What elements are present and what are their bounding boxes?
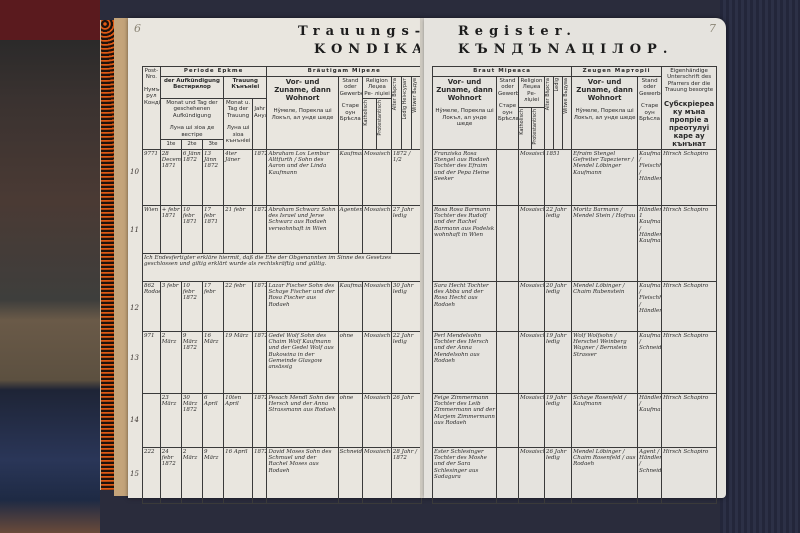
cell-bride-age: 22 Jahr ledig <box>545 205 572 281</box>
cell-priest-signature: Hirsch Schapiro <box>662 281 717 331</box>
cell-groom: David Moses Sohn des Schmuel und der Rac… <box>267 447 338 503</box>
margin-row-number: 14 <box>130 416 139 424</box>
title-left-line2: KONDIKA <box>314 42 428 57</box>
cell-bride-religion: Mosaisch <box>519 447 545 503</box>
cell-groom-age: 27 Jahr ledig <box>391 205 421 253</box>
cell-groom-status: ohne <box>338 393 362 447</box>
cell-announce-2: 30 März 1872 <box>181 393 202 447</box>
cell-groom-religion: Mosaisch <box>363 447 392 503</box>
cell-priest-signature: Hirsch Schapiro <box>662 149 717 205</box>
cell-wedding-date: 10ten April <box>224 393 253 447</box>
header-priest-signature: Eigenhändige Unterschrift des Pfarrers d… <box>662 67 717 150</box>
cell-groom-religion: Mosaisch <box>363 331 392 393</box>
cell-bride-status <box>497 281 519 331</box>
cell-groom-age: 30 Jahr ledig <box>391 281 421 331</box>
background-photo-left <box>0 0 100 533</box>
table-row: Perl Mendelsohn Tochter des Hersch und d… <box>433 331 717 393</box>
header-announcement-desc: Monat und Tag der geschehenen Aufkündigu… <box>160 98 223 139</box>
cell-witness-status: Händler / Kaufmann <box>638 393 662 447</box>
table-row: Wien + febr 1871 10 febr 1871 17 febr 18… <box>143 205 422 253</box>
register-table-left: Post-Nro.Нумъ- рул Кондiт Periode Epkme … <box>142 66 422 504</box>
cell-post: 971 <box>143 331 161 393</box>
cell-bride: Feige Zimmermann Tochter des Leib Zimmer… <box>433 393 497 447</box>
cell-announce-2: 10 febr 1871 <box>181 205 202 253</box>
cell-bride-age: 26 Jahr ledig <box>545 447 572 503</box>
cell-groom-status: Agenten <box>338 205 362 253</box>
header-bride-religion: ReligionЛеџеа Ре- ліџіеі <box>519 77 545 108</box>
cell-bride-age: 20 Jahr ledig <box>545 281 572 331</box>
cell-witnesses: Wolf Wolfsohn / Herschel Weinberg Wagner… <box>572 331 638 393</box>
cell-bride-religion: Mosaisch <box>519 281 545 331</box>
cell-announce-3: 16 März <box>203 331 224 393</box>
table-row: 222 24 febr 1872 2 März 9 März 16 April … <box>143 447 422 503</box>
cell-announce-1: 24 febr 1872 <box>160 447 181 503</box>
margin-row-number: 12 <box>130 304 139 312</box>
cell-groom: Lazar Fischer Sohn des Schaye Fischer un… <box>267 281 338 331</box>
cell-wedding-date: 4ter Jäner <box>224 149 253 205</box>
header-announcement: der AufkündigungВестирилор <box>160 77 223 99</box>
header-witness-status: Stand oder GewerbeСтаре оун Брѣсла <box>638 77 662 150</box>
cell-groom-religion: Mosaisch <box>363 281 392 331</box>
header-wedding: TrauungКънънiеi <box>224 77 267 99</box>
cell-bride-age: 1851 <box>545 149 572 205</box>
register-table-right: Braut Мірeаса Zeugen Марторiі Eigenhändi… <box>432 66 717 504</box>
left-page-number: 6 <box>134 22 141 35</box>
cell-groom-status: Kaufmann <box>338 281 362 331</box>
cell-year: 1872 <box>253 281 267 331</box>
cell-post <box>143 393 161 447</box>
cell-witness-status: Agent / Händler / Schneider <box>638 447 662 503</box>
table-row: Feige Zimmermann Tochter des Leib Zimmer… <box>433 393 717 447</box>
book-marbled-binding <box>100 20 115 490</box>
cell-priest-signature: Hirsch Schapiro <box>662 331 717 393</box>
header-bride-name: Vor- und Zuname, dann WohnortНўмеле, Пор… <box>433 77 497 150</box>
cell-groom-status: Kaufmann <box>338 149 362 205</box>
header-groom-group: Bräutigam Мірелe <box>267 67 422 77</box>
cell-announce-3: 13 Jänn 1872 <box>203 149 224 205</box>
table-row: Rosa Rosa Barmann Tochter des Rudolf und… <box>433 205 717 281</box>
cell-post: 9771 <box>143 149 161 205</box>
cell-announce-2: 9 März 1872 <box>181 331 202 393</box>
cell-priest-signature: Hirsch Schapiro <box>662 205 717 281</box>
cell-witnesses: Efraim Stengel Gefreiter Tapezierer / Me… <box>572 149 638 205</box>
cell-year: 1872 <box>253 149 267 205</box>
cell-priest-signature: Hirsch Schapiro <box>662 393 717 447</box>
header-groom-protestant: Protestantisch <box>378 100 384 136</box>
cell-year: 1872 <box>253 447 267 503</box>
cell-groom: Pesach Mendl Sohn des Hersch und der Ann… <box>267 393 338 447</box>
table-row: 971 2 März 9 März 1872 16 März 19 März 1… <box>143 331 422 393</box>
margin-row-number: 15 <box>130 470 139 478</box>
header-groom-catholic: Katholisch <box>364 100 370 126</box>
header-announce-3: 3te <box>203 139 224 149</box>
cell-announce-2: 2 März <box>181 447 202 503</box>
header-groom-widower: Witwer Вьдув <box>413 78 419 113</box>
margin-row-number: 11 <box>130 226 139 234</box>
cell-bride-status <box>497 149 519 205</box>
cell-wedding-date: 21 febr <box>224 205 253 253</box>
cell-groom-age: 22 Jahr ledig <box>391 331 421 393</box>
cell-groom-religion: Mosaisch <box>363 149 392 205</box>
cell-witness-status: Händler 1 Kaufmann / Händler Kaufmann <box>638 205 662 281</box>
cell-announce-1: 28 Decemb 1871 <box>160 149 181 205</box>
cell-post: Wien <box>143 205 161 253</box>
cell-witness-status: Kaufmann / Schneider <box>638 331 662 393</box>
header-post-number: Post-Nro.Нумъ- рул Кондiт <box>143 67 161 150</box>
right-page: 7 Register. KЪNДЪNAЦIЛОР. Braut Мірeаса … <box>424 18 726 498</box>
cell-bride-status <box>497 393 519 447</box>
cell-year: 1872 <box>253 205 267 253</box>
left-page: 6 Trauungs- KONDIKA Post-Nro.Нумъ- рул К… <box>128 18 424 498</box>
cell-bride: Rosa Rosa Barmann Tochter des Rudolf und… <box>433 205 497 281</box>
table-row-note: Ich Endesfertigter erkläre hiermit, daß … <box>143 253 422 281</box>
cell-groom: Abraham Schwarz Sohn des Israel und Jers… <box>267 205 338 253</box>
cell-bride-age: 19 Jahr ledig <box>545 393 572 447</box>
margin-row-number: 10 <box>130 168 139 176</box>
cell-bride: Franziska Rosa Stengel aus Rodaeh Tochte… <box>433 149 497 205</box>
cell-bride: Ester Schlesinger Tochter des Moshe und … <box>433 447 497 503</box>
cell-groom-religion: Mosaisch <box>363 205 392 253</box>
cell-groom-age: 28 Jahr / 1872 <box>391 447 421 503</box>
cell-post: 222 <box>143 447 161 503</box>
header-witness-name: Vor- und Zuname, dann WohnortНўмеле, Пор… <box>572 77 638 150</box>
header-bride-widow: Witwe Вьдува <box>564 78 570 114</box>
cell-announce-3: 9 März <box>203 447 224 503</box>
header-announce-1: 1te <box>160 139 181 149</box>
cell-groom-age: 26 Jahr <box>391 393 421 447</box>
table-row: 23 März 30 März 1872 6 April 10ten April… <box>143 393 422 447</box>
header-announce-2: 2te <box>181 139 202 149</box>
cell-bride-religion: Mosaisch <box>519 149 545 205</box>
header-bride-age: Alter Вѣрста <box>546 78 552 110</box>
header-groom-single: Ledig Неінсурат <box>403 78 409 119</box>
header-groom-name: Vor- und Zuname, dann WohnortНўмеле, Пор… <box>267 77 338 150</box>
cell-note: Ich Endesfertigter erkläre hiermit, daß … <box>143 253 422 281</box>
cell-post: 862 Rodaeh <box>143 281 161 331</box>
cell-announce-2: 10 febr 1872 <box>181 281 202 331</box>
table-row: Franziska Rosa Stengel aus Rodaeh Tochte… <box>433 149 717 205</box>
cell-announce-3: 17 febr <box>203 281 224 331</box>
title-right-line1: Register. <box>458 24 577 39</box>
cell-witness-status: Kaufmann / Fleischhauer / Händler <box>638 281 662 331</box>
table-row: 862 Rodaeh 3 febr 10 febr 1872 17 febr 2… <box>143 281 422 331</box>
header-bride-status: Stand oder GewerbeСтаре оун Брѣсла <box>497 77 519 150</box>
cell-bride-status <box>497 205 519 281</box>
header-bride-group: Braut Мірeаса <box>433 67 572 77</box>
cell-wedding-date: 19 März <box>224 331 253 393</box>
cell-year: 1872 <box>253 393 267 447</box>
cell-priest-signature: Hirsch Schapiro <box>662 447 717 503</box>
cell-bride-age: 19 Jahr ledig <box>545 331 572 393</box>
cell-witnesses: Mendel Löbinger / Chaim Rubenstein <box>572 281 638 331</box>
cell-bride-status <box>497 447 519 503</box>
cell-announce-1: 3 febr <box>160 281 181 331</box>
header-witness-group: Zeugen Марторiі <box>572 67 662 77</box>
cell-announce-3: 17 febr 1871 <box>203 205 224 253</box>
header-wedding-desc: Monat u. Tag der TrauungЛуна ші зіоа кън… <box>224 98 253 149</box>
cell-groom-religion: Mosaisch <box>363 393 392 447</box>
cell-bride-religion: Mosaisch <box>519 205 545 281</box>
cell-wedding-date: 22 febr <box>224 281 253 331</box>
cell-announce-3: 6 April <box>203 393 224 447</box>
cell-witnesses: Schaye Rosenfeld / Kaufmann <box>572 393 638 447</box>
table-row: Sara Hecht Tochter des Abba und der Rosa… <box>433 281 717 331</box>
header-year: JahrАнул <box>253 98 267 149</box>
cell-announce-2: 6 Jänn 1872 <box>181 149 202 205</box>
header-period-group: Periode Epkme <box>160 67 267 77</box>
cell-bride-religion: Mosaisch <box>519 331 545 393</box>
cell-year: 1872 <box>253 331 267 393</box>
cell-groom-status: Schneider <box>338 447 362 503</box>
title-right-line2: KЪNДЪNAЦIЛОР. <box>458 42 673 57</box>
header-bride-single: Ledig <box>555 78 561 92</box>
cell-witness-status: Kaufmann / Fleischhauer / Händler <box>638 149 662 205</box>
header-groom-religion: ReligionЛеџеа Ре- ліџіеі <box>363 77 392 99</box>
cell-announce-1: 2 März <box>160 331 181 393</box>
table-row: 9771 28 Decemb 1871 6 Jänn 1872 13 Jänn … <box>143 149 422 205</box>
header-bride-protestant: Protestantisch <box>533 109 539 145</box>
cell-groom: Gedel Wolf Sohn des Chaim Wolf Kaufmann … <box>267 331 338 393</box>
cell-wedding-date: 16 April <box>224 447 253 503</box>
background-wood-surface <box>720 0 800 533</box>
right-page-number: 7 <box>709 22 716 35</box>
cell-bride-status <box>497 331 519 393</box>
cell-bride: Perl Mendelsohn Tochter des Hersch und d… <box>433 331 497 393</box>
cell-groom-status: ohne <box>338 331 362 393</box>
cell-groom-age: 1872 / 1/2 <box>391 149 421 205</box>
cell-witnesses: Moritz Barmann / Mendel Stein / Hofrau <box>572 205 638 281</box>
cell-announce-1: 23 März <box>160 393 181 447</box>
table-row: Ester Schlesinger Tochter des Moshe und … <box>433 447 717 503</box>
cell-announce-1: + febr 1871 <box>160 205 181 253</box>
cell-bride: Sara Hecht Tochter des Abba und der Rosa… <box>433 281 497 331</box>
header-groom-status: Stand oder GewerbeСтаре оун Брѣсла <box>338 77 362 150</box>
header-groom-age: Alter Вѣрста <box>393 78 399 110</box>
cell-witnesses: Mendel Löbinger / Chaim Rosenfeld / aus … <box>572 447 638 503</box>
cell-bride-religion: Mosaisch <box>519 393 545 447</box>
margin-row-number: 13 <box>130 354 139 362</box>
title-left-line1: Trauungs- <box>298 24 426 39</box>
header-bride-catholic: Katholisch <box>520 109 526 135</box>
cell-groom: Abraham Lox Lembur Alttfurth / Sohn des … <box>267 149 338 205</box>
